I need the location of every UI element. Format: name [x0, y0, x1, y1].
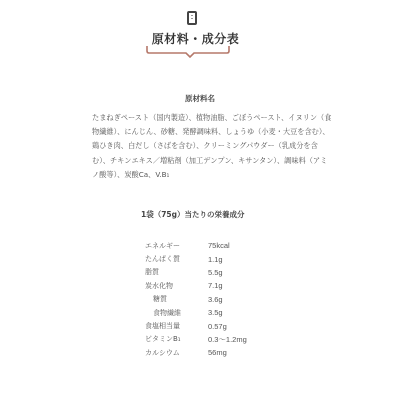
table-row: カルシウム 56mg: [145, 346, 247, 359]
nutrient-value: 0.57g: [208, 319, 247, 332]
ingredients-text: たまねぎペースト（国内製造）、植物油脂、ごぼうペースト、イヌリン（食物繊維）、に…: [92, 111, 332, 182]
nutrient-label: 炭水化物: [145, 279, 208, 292]
nutrient-value: 75kcal: [208, 239, 247, 252]
nutrition-table: エネルギー 75kcal たんぱく質 1.1g 脂質 5.5g 炭水化物 7.1…: [145, 239, 247, 360]
table-row: 炭水化物 7.1g: [145, 279, 247, 292]
table-row: たんぱく質 1.1g: [145, 252, 247, 265]
nutrient-label: 脂質: [145, 266, 208, 279]
nutrient-label: ビタミンB₁: [145, 333, 208, 346]
nutrient-value: 0.3〜1.2mg: [208, 333, 247, 346]
nutrition-heading: 1袋（75g）当たりの栄養成分: [141, 209, 245, 220]
nutrient-value: 56mg: [208, 346, 247, 359]
nutrient-value: 3.6g: [208, 293, 247, 306]
nutrient-label: 食物繊維: [145, 306, 208, 319]
table-row: 糖質 3.6g: [145, 293, 247, 306]
table-row: 脂質 5.5g: [145, 266, 247, 279]
table-row: 食物繊維 3.5g: [145, 306, 247, 319]
bracket-divider-icon: [146, 46, 232, 62]
table-row: エネルギー 75kcal: [145, 239, 247, 252]
table-row: ビタミンB₁ 0.3〜1.2mg: [145, 333, 247, 346]
section-title: 原材料・成分表: [0, 30, 391, 47]
nutrient-label: エネルギー: [145, 239, 208, 252]
nutrient-value: 7.1g: [208, 279, 247, 292]
nutrient-label: カルシウム: [145, 346, 208, 359]
nutrient-label: 糖質: [145, 293, 208, 306]
document-icon: [187, 11, 197, 25]
nutrient-value: 1.1g: [208, 252, 247, 265]
ingredients-heading: 原材料名: [0, 93, 400, 104]
nutrient-value: 3.5g: [208, 306, 247, 319]
nutrient-label: たんぱく質: [145, 252, 208, 265]
nutrient-label: 食塩相当量: [145, 319, 208, 332]
table-row: 食塩相当量 0.57g: [145, 319, 247, 332]
nutrient-value: 5.5g: [208, 266, 247, 279]
